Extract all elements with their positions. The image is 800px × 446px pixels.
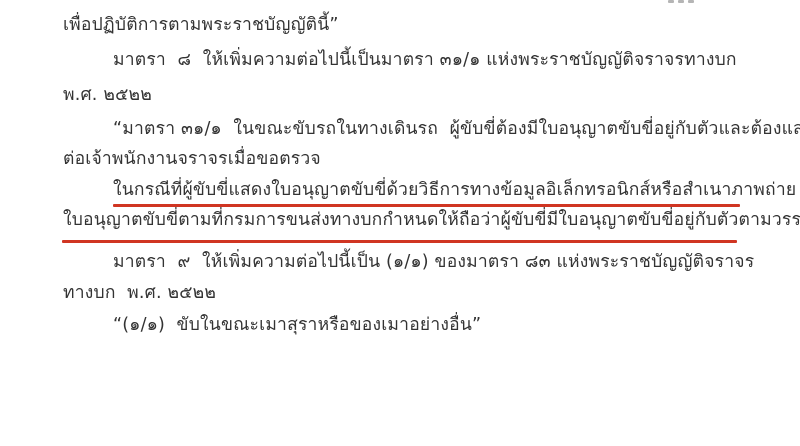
doc-line-9: ทางบก พ.ศ. ๒๕๒๒ [63,278,216,308]
doc-line-10: “(๑/๑) ขับในขณะเมาสุราหรือของเมาอย่างอื่… [113,310,481,340]
doc-line-2: มาตรา ๘ ให้เพิ่มความต่อไปนี้เป็นมาตรา ๓๑… [113,45,737,75]
doc-line-1: เพื่อปฏิบัติการตามพระราชบัญญัตินี้” [63,10,339,40]
doc-line-7-underlined: ใบอนุญาตขับขี่ตามที่กรมการขนส่งทางบกกำหน… [63,205,800,235]
artifact-mark [678,0,684,3]
doc-line-4: “มาตรา ๓๑/๑ ในขณะขับรถในทางเดินรถ ผู้ขับ… [113,114,800,144]
artifact-mark [668,0,674,3]
document-page: เพื่อปฏิบัติการตามพระราชบัญญัตินี้” มาตร… [0,0,800,446]
artifact-mark [688,0,694,3]
page-edge-artifact [668,0,694,3]
red-underline-2 [62,240,737,243]
doc-line-5: ต่อเจ้าพนักงานจราจรเมื่อขอตรวจ [63,144,321,174]
doc-line-8: มาตรา ๙ ให้เพิ่มความต่อไปนี้เป็น (๑/๑) ข… [113,247,754,277]
doc-line-6-underlined: ในกรณีที่ผู้ขับขี่แสดงใบอนุญาตขับขี่ด้วย… [113,175,796,205]
doc-line-3: พ.ศ. ๒๕๒๒ [63,80,152,110]
